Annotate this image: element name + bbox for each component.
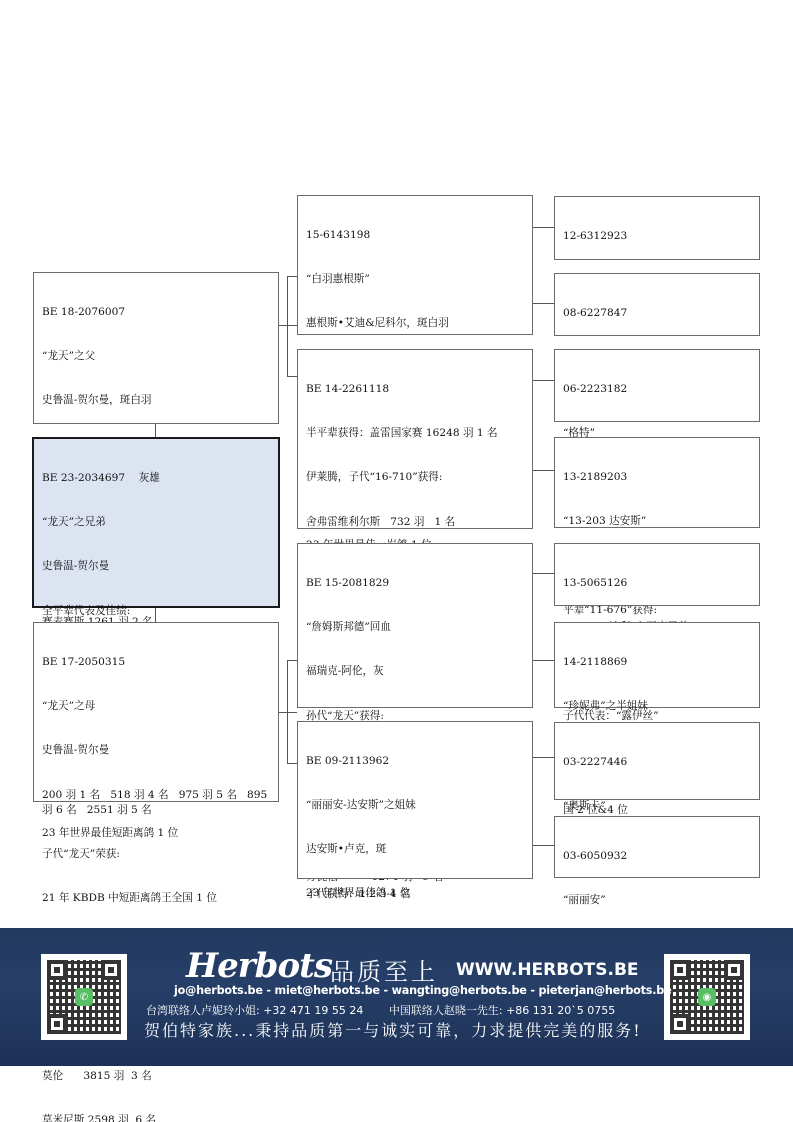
dd-sire-card: 03-2227446 “奥斯卡” 达安斯•卢克，基础种雄	[554, 722, 760, 800]
dd-dam-card: 03-6050932 “丽丽安” 达安斯•卢克 超级赛鸽及种鸽	[554, 816, 760, 878]
qr-pattern-icon: ✆	[47, 960, 121, 1034]
line-app-icon: ✆	[75, 988, 93, 1006]
connector	[532, 380, 554, 381]
ss-sire-card: 12-6312923 “迪恩” 惠根斯•艾迪&尼科尔，斑 晚生雄鸽	[554, 196, 760, 260]
sire-sire-card: 15-6143198 “白羽惠根斯” 惠根斯•艾迪&尼科尔，斑白羽 孙代“龙天”…	[297, 195, 533, 335]
subject-card: BE 23-2034697 灰雄 “龙天”之兄弟 史鲁温-贺尔曼 全平辈代表及佳…	[32, 437, 280, 608]
wechat-qr-code[interactable]: ◉	[664, 954, 750, 1040]
connector	[287, 660, 297, 661]
connector	[532, 573, 554, 574]
connector	[532, 303, 554, 304]
connector	[287, 276, 288, 376]
connector	[532, 845, 554, 846]
contact-taiwan: 台湾联络人卢妮玲小姐: +32 471 19 55 24	[146, 1004, 363, 1017]
dam-dam-card: BE 09-2113962 “丽丽安-达安斯”之姐妹 达安斯•卢克，斑 子代获得…	[297, 721, 533, 879]
connector	[532, 660, 554, 661]
connector	[287, 276, 297, 277]
connector	[532, 757, 554, 758]
website-link[interactable]: WWW.HERBOTS.BE	[456, 960, 639, 980]
email-list[interactable]: jo@herbots.be - miet@herbots.be - wangti…	[174, 984, 672, 997]
slogan: 品质至上	[330, 952, 438, 987]
brand-logo: Herbots	[186, 946, 332, 986]
line-qr-code[interactable]: ✆	[41, 954, 127, 1040]
connector	[532, 470, 554, 471]
connector	[287, 660, 288, 763]
sire-dam-card: BE 14-2261118 半平辈获得：盖雷国家赛 16248 羽 1 名 伊莱…	[297, 349, 533, 529]
ds-sire-card: 13-5065126 “13-127 达利”之同窝兄弟 福瑞克-阿伦，灰白羽 子…	[554, 543, 760, 606]
contact-line: 台湾联络人卢妮玲小姐: +32 471 19 55 24 中国联络人赵晓一先生:…	[146, 1002, 637, 1018]
connector	[287, 376, 297, 377]
wechat-app-icon: ◉	[698, 988, 716, 1006]
connector	[287, 763, 297, 764]
connector	[532, 227, 554, 228]
sd-sire-card: 06-2223182 “格特” 伊莱腾 M&G，灰白羽	[554, 349, 760, 422]
sd-dam-card: 13-2189203 “13-203 达安斯” 史鲁温-贺尔曼，深斑 平辈“11…	[554, 437, 760, 528]
qr-pattern-icon: ◉	[670, 960, 744, 1034]
sire-card: BE 18-2076007 “龙天”之父 史鲁温-贺尔曼，斑白羽 子代“龙天”获…	[33, 272, 279, 424]
ss-dam-card: 08-6227847 “超级雌鸽” 惠根斯•艾迪&尼科尔 拿永中距离超级赛鸽	[554, 273, 760, 336]
contact-china: 中国联络人赵晓一先生: +86 131 20`5 0755	[389, 1004, 615, 1017]
dam-card: BE 17-2050315 “龙天”之母 史鲁温-贺尔曼 200 羽 1 名 5…	[33, 622, 279, 802]
motto: 贺伯特家族...秉持品质第一与诚实可靠，力求提供完美的服务!	[144, 1018, 642, 1041]
dam-sire-card: BE 15-2081829 “詹姆斯邦德”回血 福瑞克-阿伦，灰 孙代“龙天”获…	[297, 543, 533, 708]
ds-dam-card: 14-2118869 “珍妮弗”之半姐妹 福瑞克-阿伦，灰 半平辈获得：14/1…	[554, 622, 760, 708]
